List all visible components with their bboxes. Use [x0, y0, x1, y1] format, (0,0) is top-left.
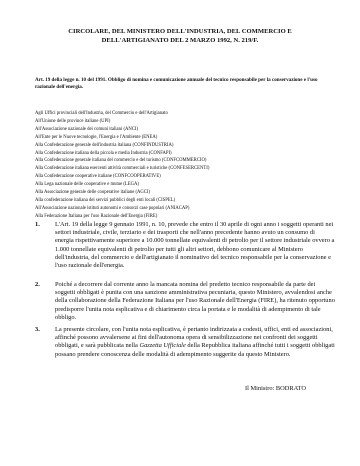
addressee-item: Alla Confederazione italiana della picco… — [35, 150, 335, 158]
addressee-item: Alla Confederazione cooperative italiane… — [35, 173, 335, 181]
addressee-item: Alla Federazione Italiana per l'uso Razi… — [35, 213, 335, 221]
title-line-2: DELL'ARTIGIANATO DEL 2 MARZO 1992, N. 21… — [0, 36, 360, 45]
paragraph-3: 3. La presente circolare, con l'unita no… — [35, 326, 335, 359]
document-title: CIRCOLARE, DEL MINISTERO DELL'INDUSTRIA,… — [0, 27, 360, 45]
addressee-item: All'Associazione nazionale dei comuni it… — [35, 126, 335, 134]
paragraph-text: La presente circolare, con l'unita nota … — [55, 326, 335, 359]
paragraph-text: L'Art. 19 della legge 9 gennaio 1991, n.… — [55, 221, 335, 270]
addressee-item: Alla confederazione italiana dei servizi… — [35, 197, 335, 205]
addressee-item: All'Ente per le Nuove tecnologie, l'Ener… — [35, 134, 335, 142]
addressee-item: Alla Confederazione generale italiana de… — [35, 157, 335, 165]
addressee-item: Alla Confederazione italiana esercenti a… — [35, 165, 335, 173]
title-line-1: CIRCOLARE, DEL MINISTERO DELL'INDUSTRIA,… — [0, 27, 360, 36]
addressee-item: All'Associazione nazionale istituti auto… — [35, 205, 335, 213]
addressee-item: Alla Lega nazionale delle cooperative e … — [35, 181, 335, 189]
paragraph-1: 1. L'Art. 19 della legge 9 gennaio 1991,… — [35, 221, 335, 270]
addressee-item: Alla Confederazione generale dell'indust… — [35, 142, 335, 150]
gazzetta-ufficiale-italic: Gazzetta Ufficiale — [139, 342, 185, 349]
addressee-item: Alla Associazione generale delle coopera… — [35, 189, 335, 197]
paragraph-number: 3. — [35, 326, 40, 334]
signature: Il Ministro: BODRATO — [245, 385, 306, 392]
addressee-list: Agli Uffici provinciali dell'Industria, … — [35, 110, 335, 221]
addressee-item: All'Unione delle province italiane (UPI) — [35, 118, 335, 126]
paragraph-number: 2. — [35, 281, 40, 289]
document-subject: Art. 19 della legge n. 10 del 1991. Obbl… — [35, 77, 335, 91]
paragraph-text: Poiché a decorrere dal corrente anno la … — [55, 281, 335, 322]
paragraph-2: 2. Poiché a decorrere dal corrente anno … — [35, 281, 335, 322]
paragraph-number: 1. — [35, 221, 40, 229]
addressee-item: Agli Uffici provinciali dell'Industria, … — [35, 110, 335, 118]
